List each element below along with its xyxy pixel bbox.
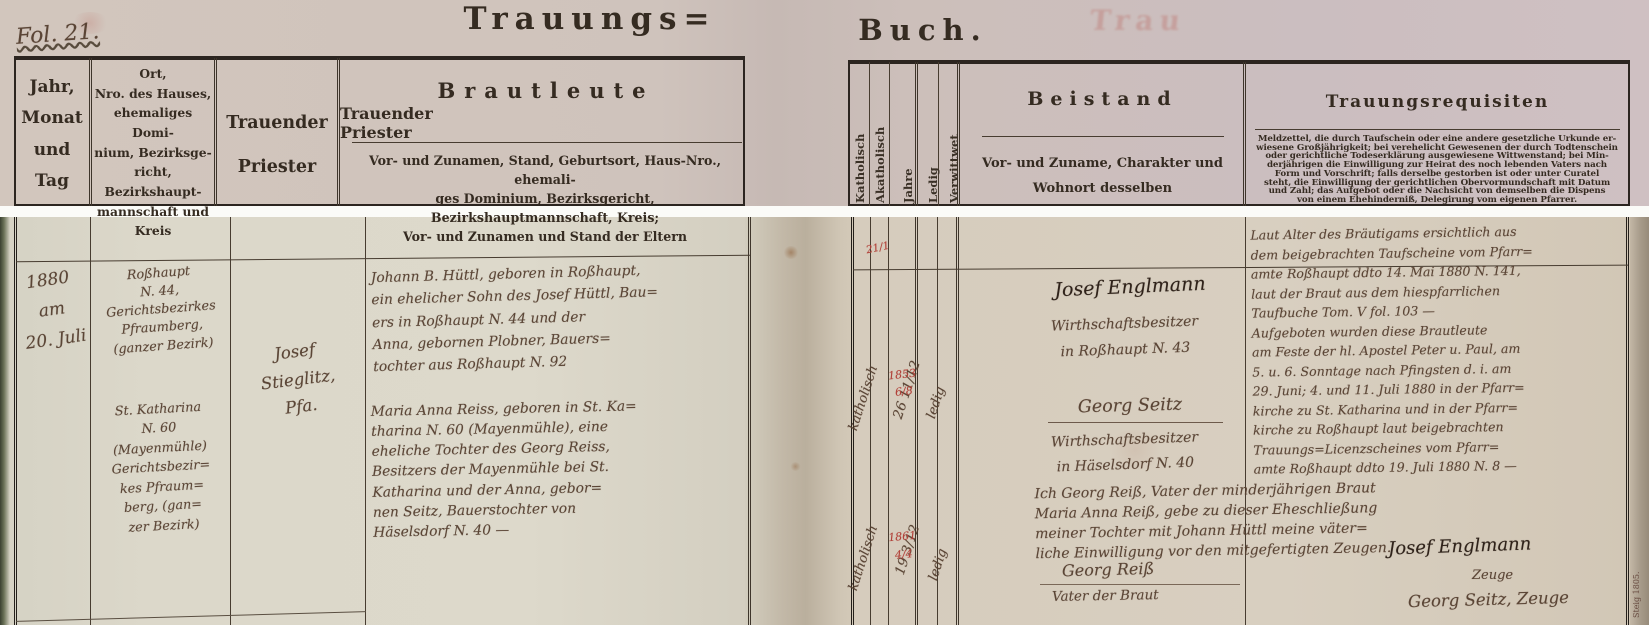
father-consent-text: Ich Georg Reiß, Vater der minderjährigen…: [1034, 475, 1630, 565]
header-col-place: Ort, Nro. des Hauses, ehemaliges Domi- n…: [93, 64, 213, 241]
witness1-description: Wirthschaftsbesitzer in Roßhaupt N. 43: [984, 307, 1266, 369]
entry-groom-details: Johann B. Hüttl, geboren in Roßhaupt, ei…: [371, 257, 746, 379]
header-col-jahre: Jahre: [901, 168, 915, 203]
column-divider: [869, 62, 870, 206]
scanned-marriage-register: Trauungs= Buch. Trau Fol. 21. Jahr, Mona…: [0, 0, 1649, 625]
header-col-date: Jahr, Monat und Tag: [16, 72, 88, 198]
column-divider: [1243, 62, 1246, 206]
book-title-left: Trauungs=: [440, 1, 740, 37]
book-title-right: Buch.: [823, 13, 1023, 47]
witness2-description: Wirthschaftsbesitzer in Häselsdorf N. 40: [984, 423, 1266, 483]
entry-bride-place: St. Katharina N. 60 (Mayenmühle) Gericht…: [90, 397, 233, 540]
brautleute-rule: [352, 142, 742, 143]
entry-groom-place: Roßhaupt N. 44, Gerichtsbezirkes Pfraumb…: [90, 260, 232, 360]
column-divider: [956, 217, 959, 625]
header-col-priest2: Trauender Priester: [218, 102, 336, 190]
printer-mark: Steig 1805.: [1632, 571, 1641, 618]
gutter-shadow: [745, 217, 855, 625]
column-divider: [89, 58, 92, 206]
entry-priest: Josef Stieglitz, Pfa.: [227, 330, 368, 429]
father-signature: Georg Reiß: [1062, 559, 1155, 580]
bride-birth-date-red: 1861 4/4: [881, 526, 926, 565]
header-col-katholisch: Katholisch: [853, 134, 867, 203]
column-divider: [889, 62, 890, 206]
requisiten-rule: [1255, 129, 1620, 130]
header-col-ledig: Ledig: [926, 167, 940, 203]
column-divider: [870, 217, 871, 625]
header-col-verwittwet: Verwittwet: [947, 134, 961, 203]
table-border: [748, 217, 751, 625]
column-divider: [365, 217, 366, 625]
beistand-title: Beistand: [965, 88, 1240, 110]
groom-birth-date-red: 1853 6/8: [880, 364, 925, 402]
brautleute-title: Brautleute: [350, 78, 742, 103]
father-signature-subscript: Vater der Braut: [1052, 587, 1159, 605]
left-scan-edge: [0, 217, 10, 625]
entry-bride-details: Maria Anna Reiss, geboren in St. Ka= tha…: [371, 394, 746, 543]
father-signature-rule: [1040, 584, 1240, 585]
requisiten-title: Trauungsrequisiten: [1250, 92, 1625, 112]
header-col-akatholisch: Akatholisch: [873, 127, 887, 203]
bleed-through-ghost-text: Trau: [1088, 4, 1188, 37]
beistand-caption: Vor- und Zuname, Charakter und Wohnort d…: [965, 152, 1240, 201]
beistand-rule: [982, 136, 1224, 137]
column-divider: [214, 58, 217, 206]
column-divider: [915, 62, 918, 206]
entry-date: 1880 am 20. Juli: [10, 261, 94, 359]
witness-signature-1-role: Zeuge: [1472, 568, 1513, 583]
witness2-underline: [1048, 422, 1223, 423]
requisiten-caption: Meldzettel, die durch Taufschein oder ei…: [1248, 135, 1626, 205]
brautleute-caption: Vor- und Zunamen, Stand, Geburtsort, Hau…: [346, 152, 744, 246]
requisiten-entry-text: Laut Alter des Bräutigams ersichtlich au…: [1250, 220, 1629, 479]
column-divider: [915, 217, 918, 625]
column-divider: [230, 217, 231, 625]
white-scan-gap: [0, 206, 1649, 217]
right-page-edge: [1630, 217, 1649, 625]
